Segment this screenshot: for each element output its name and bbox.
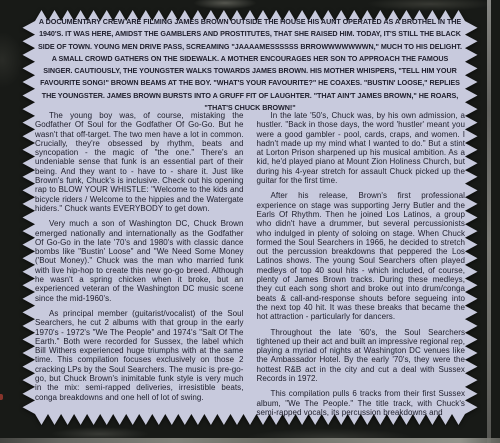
scan-artifact-dot <box>0 394 3 400</box>
paragraph: In the late '50's, Chuck was, by his own… <box>257 111 466 185</box>
album-liner-notes-page: A DOCUMENTARY CREW ARE FILMING JAMES BRO… <box>0 0 500 443</box>
paragraph: As principal member (guitarist/vocalist)… <box>35 309 244 402</box>
left-column: The young boy was, of course, mistaking … <box>35 111 244 417</box>
paragraph: The young boy was, of course, mistaking … <box>35 111 244 213</box>
paragraph: Very much a son of Washington DC, Chuck … <box>35 219 244 303</box>
right-column: In the late '50's, Chuck was, by his own… <box>257 111 466 417</box>
paragraph: Throughout the late '60's, the Soul Sear… <box>257 328 466 384</box>
body-columns: The young boy was, of course, mistaking … <box>35 111 465 417</box>
paragraph: This compilation pulls 6 tracks from the… <box>257 389 466 417</box>
intro-paragraph: A DOCUMENTARY CREW ARE FILMING JAMES BRO… <box>37 16 463 114</box>
scan-edge-right <box>487 0 491 443</box>
paragraph: After his release, Brown's first profess… <box>257 191 466 321</box>
scan-edge-bottom <box>0 438 500 443</box>
